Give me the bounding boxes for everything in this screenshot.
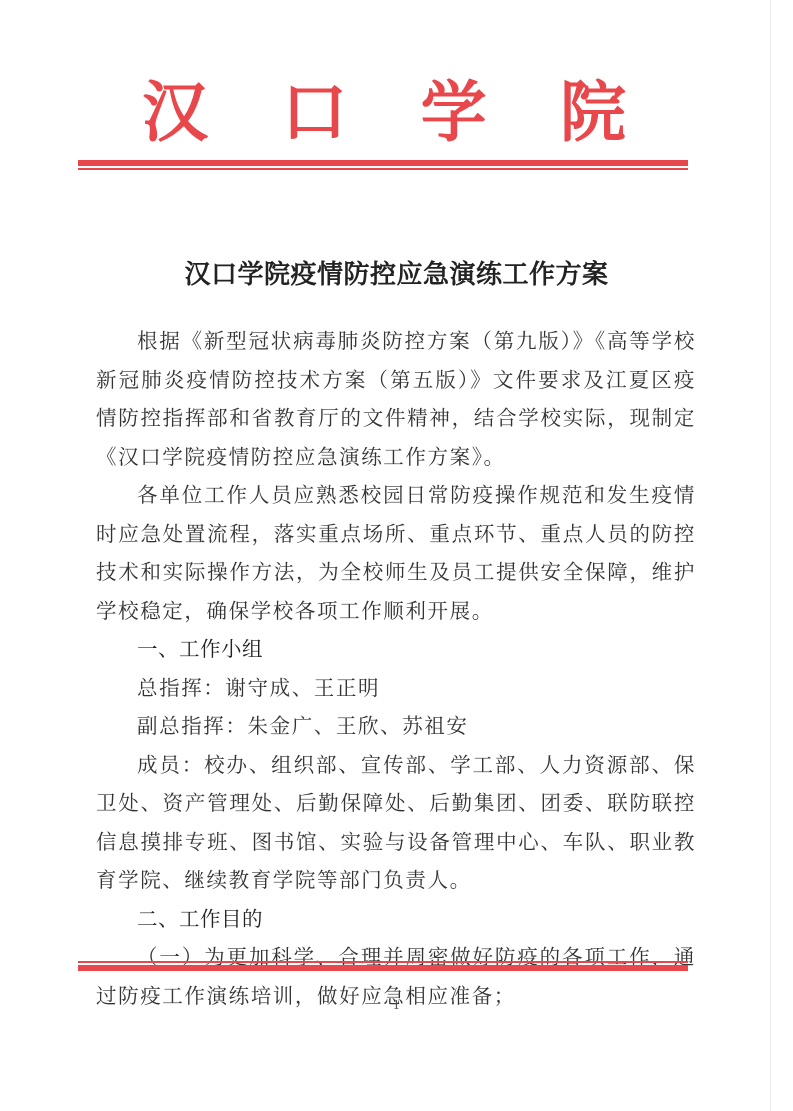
masthead-char: 院 [560, 79, 626, 145]
footer-rule-thick [78, 965, 688, 971]
masthead: 汉 口 学 院 [78, 72, 688, 152]
masthead-char: 口 [281, 79, 347, 145]
paragraph: 各单位工作人员应熟悉校园日常防疫操作规范和发生疫情时应急处置流程，落实重点场所、… [96, 476, 696, 630]
page-number: 1 [0, 998, 793, 1012]
section-heading: 二、工作目的 [96, 900, 696, 939]
members-line: 成员：校办、组织部、宣传部、学工部、人力资源部、保卫处、资产管理处、后勤保障处、… [96, 746, 696, 900]
masthead-char: 学 [421, 79, 487, 145]
document-title: 汉口学院疫情防控应急演练工作方案 [0, 254, 793, 291]
commander-line: 总指挥：谢守成、王正明 [96, 669, 696, 708]
section-heading: 一、工作小组 [96, 630, 696, 669]
header-rule-thin [78, 168, 688, 170]
paragraph: 根据《新型冠状病毒肺炎防控方案（第九版）》《高等学校新冠肺炎疫情防控技术方案（第… [96, 322, 696, 476]
masthead-char: 汉 [142, 79, 208, 145]
footer-rule-thin [78, 961, 688, 963]
scan-edge [770, 0, 771, 1111]
deputy-commander-line: 副总指挥：朱金广、王欣、苏祖安 [96, 707, 696, 746]
document-body: 根据《新型冠状病毒肺炎防控方案（第九版）》《高等学校新冠肺炎疫情防控技术方案（第… [96, 322, 696, 1015]
header-rule-thick [78, 160, 688, 166]
